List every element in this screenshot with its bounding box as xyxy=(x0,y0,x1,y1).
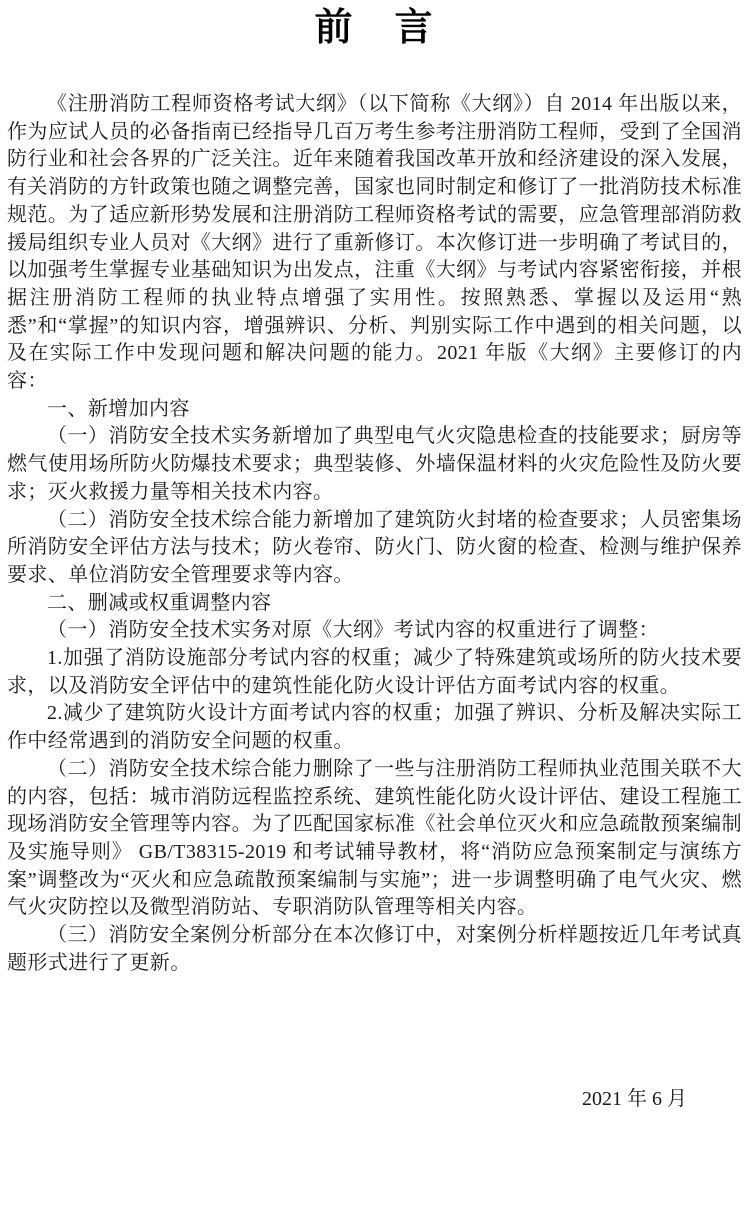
paragraph-section-2-item-2: （二）消防安全技术综合能力删除了一些与注册消防工程师执业范围关联不大的内容，包括… xyxy=(7,756,742,922)
paragraph-section-2-subitem-2: 2.减少了建筑防火设计方面考试内容的权重；加强了辨识、分析及解决实际工作中经常遇… xyxy=(7,700,742,755)
page-title: 前 言 xyxy=(7,6,742,50)
paragraph-intro: 《注册消防工程师资格考试大纲》（以下简称《大纲》）自 2014 年出版以来，作为… xyxy=(7,91,742,396)
date-line: 2021 年 6 月 xyxy=(7,1082,742,1111)
paragraph-section-2-item-1: （一）消防安全技术实务对原《大纲》考试内容的权重进行了调整： xyxy=(7,617,742,645)
heading-section-1: 一、新增加内容 xyxy=(7,396,742,424)
document-page: 前 言 《注册消防工程师资格考试大纲》（以下简称《大纲》）自 2014 年出版以… xyxy=(0,0,749,1217)
paragraph-section-2-subitem-1: 1.加强了消防设施部分考试内容的权重；减少了特殊建筑或场所的防火技术要求，以及消… xyxy=(7,645,742,700)
document-body: 《注册消防工程师资格考试大纲》（以下简称《大纲》）自 2014 年出版以来，作为… xyxy=(7,91,742,978)
paragraph-section-1-item-1: （一）消防安全技术实务新增加了典型电气火灾隐患检查的技能要求；厨房等燃气使用场所… xyxy=(7,423,742,506)
paragraph-section-2-item-3: （三）消防安全案例分析部分在本次修订中，对案例分析样题按近几年考试真题形式进行了… xyxy=(7,922,742,977)
heading-section-2: 二、删减或权重调整内容 xyxy=(7,590,742,618)
paragraph-section-1-item-2: （二）消防安全技术综合能力新增加了建筑防火封堵的检查要求；人员密集场所消防安全评… xyxy=(7,507,742,590)
